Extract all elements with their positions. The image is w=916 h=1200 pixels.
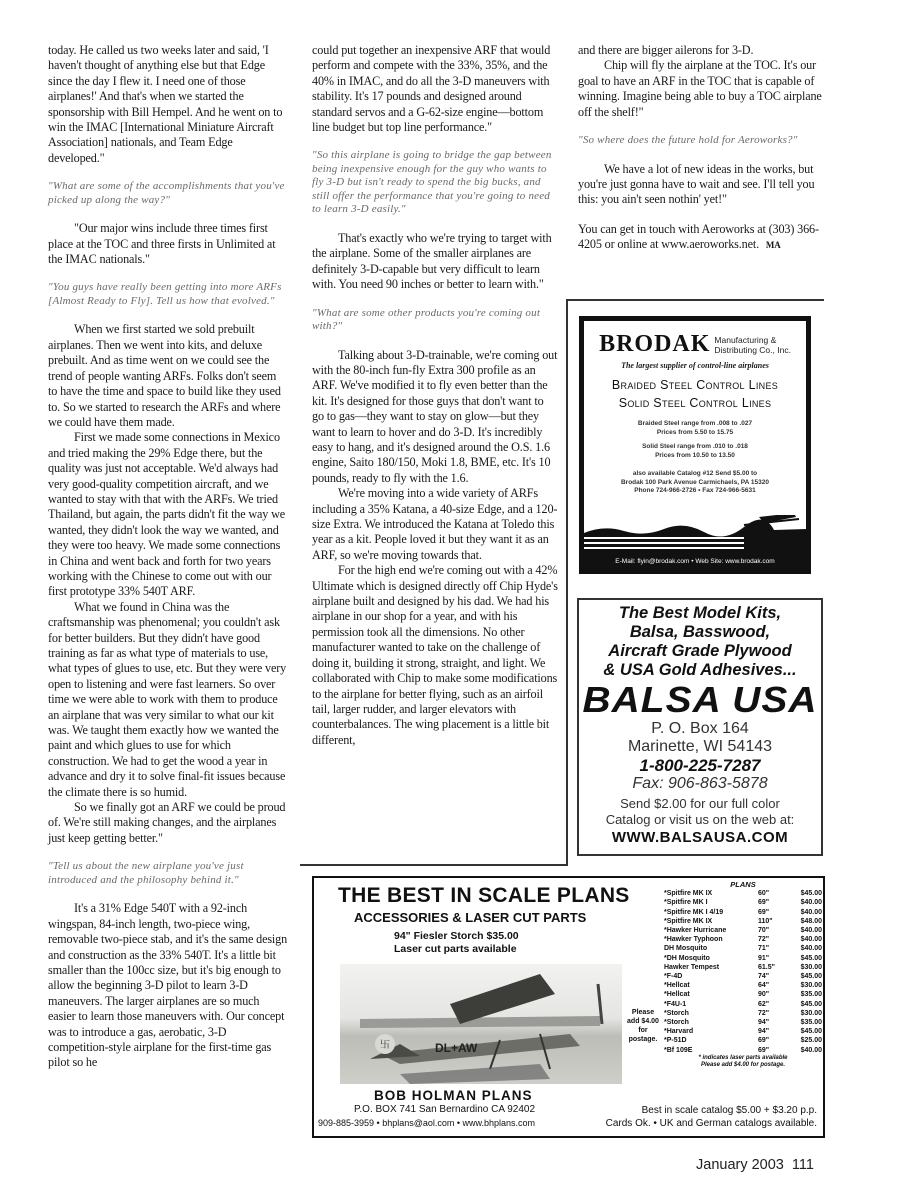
plan-price: $40.00 [788, 944, 822, 953]
plan-row: *F4U-162"$45.00 [664, 1000, 822, 1009]
plan-name: *Hawker Hurricane [664, 926, 758, 935]
brodak-braided-info: Braided Steel range from .008 to .027 Pr… [584, 420, 806, 437]
plan-price: $45.00 [788, 1027, 822, 1036]
holman-company: BOB HOLMAN PLANS [374, 1088, 533, 1103]
balsa-note: Send $2.00 for our full color Catalog or… [579, 796, 821, 828]
plan-price: $45.00 [788, 889, 822, 898]
balsa-headline: The Best Model Kits, Balsa, Basswood, Ai… [579, 604, 821, 680]
plan-name: *Storch [664, 1018, 758, 1027]
brodak-catalog-line: Phone 724-966-2726 • Fax 724-966-5631 [584, 487, 806, 496]
plan-size: 69" [758, 1046, 788, 1055]
headline-line: Aircraft Grade Plywood [579, 642, 821, 661]
divider-rule [300, 864, 568, 866]
plan-price: $40.00 [788, 935, 822, 944]
plan-row: *Spitfire MK IX60"$45.00 [664, 889, 822, 898]
plan-row: *Storch72"$30.00 [664, 1009, 822, 1018]
plan-name: DH Mosquito [664, 944, 758, 953]
plan-name: *P-51D [664, 1036, 758, 1045]
plan-price: $30.00 [788, 963, 822, 972]
plan-row: Hawker Tempest61.5"$30.00 [664, 963, 822, 972]
offer-line: 94" Fiesler Storch $35.00 [394, 930, 519, 943]
plan-price: $30.00 [788, 981, 822, 990]
plan-size: 69" [758, 898, 788, 907]
balsa-usa-advertisement: The Best Model Kits, Balsa, Basswood, Ai… [577, 598, 823, 856]
plan-size: 71" [758, 944, 788, 953]
holman-contact: 909-885-3959 • bhplans@aol.com • www.bhp… [318, 1118, 535, 1128]
interview-question: "What are some of the accomplishments th… [48, 180, 288, 207]
balsa-website: WWW.BALSAUSA.COM [579, 828, 821, 847]
plan-size: 61.5" [758, 963, 788, 972]
plan-name: *Spitfire MK IX [664, 917, 758, 926]
paragraph: Chip will fly the airplane at the TOC. I… [578, 58, 824, 120]
storch-airplane-icon: 卐 DL+AW [340, 964, 622, 1084]
headline-line: Balsa, Basswood, [579, 623, 821, 642]
plan-name: *Spitfire MK I 4/19 [664, 908, 758, 917]
divider-rule [566, 299, 824, 301]
headline-line: & USA Gold Adhesives... [579, 661, 821, 680]
paragraph: today. He called us two weeks later and … [48, 43, 288, 166]
plan-row: *Hellcat64"$30.00 [664, 981, 822, 990]
interview-question: "Tell us about the new airplane you've j… [48, 860, 288, 887]
page-number: 111 [792, 1157, 814, 1173]
interview-question: "What are some other products you're com… [312, 307, 558, 334]
brodak-catalog-info: also available Catalog #12 Send $5.00 to… [584, 470, 806, 496]
paragraph: That's exactly who we're trying to targe… [312, 231, 558, 293]
plan-price: $45.00 [788, 954, 822, 963]
article-column-1: today. He called us two weeks later and … [48, 43, 288, 1071]
brodak-price: Prices from 10.50 to 13.50 [584, 452, 806, 461]
plan-row: *F-4D74"$45.00 [664, 972, 822, 981]
contact-info: You can get in touch with Aeroworks at (… [578, 222, 824, 254]
plan-name: *Hawker Typhoon [664, 935, 758, 944]
interview-question: "So this airplane is going to bridge the… [312, 149, 558, 217]
plan-row: *Harvard94"$45.00 [664, 1027, 822, 1036]
plan-price: $40.00 [788, 898, 822, 907]
end-mark: MA [766, 240, 781, 250]
holman-subtitle: ACCESSORIES & LASER CUT PARTS [354, 910, 586, 925]
plan-size: 60" [758, 889, 788, 898]
plans-rows: *Spitfire MK IX60"$45.00*Spitfire MK I69… [664, 889, 822, 1055]
paragraph: So we finally got an ARF we could be pro… [48, 800, 288, 846]
plan-size: 74" [758, 972, 788, 981]
paragraph: Talking about 3-D-trainable, we're comin… [312, 348, 558, 487]
paragraph: What we found in China was the craftsman… [48, 600, 288, 800]
plan-price: $45.00 [788, 1000, 822, 1009]
plan-row: *DH Mosquito91"$45.00 [664, 954, 822, 963]
plan-name: *F4U-1 [664, 1000, 758, 1009]
plan-row: *Hawker Typhoon72"$40.00 [664, 935, 822, 944]
brodak-footer: E-Mail: flyin@brodak.com • Web Site: www… [584, 555, 806, 569]
plan-price: $30.00 [788, 1009, 822, 1018]
plan-row: *Spitfire MK I 4/1969"$40.00 [664, 908, 822, 917]
svg-text:DL+AW: DL+AW [435, 1041, 478, 1055]
plan-row: *Hellcat90"$35.00 [664, 990, 822, 999]
plan-name: *Spitfire MK I [664, 898, 758, 907]
plans-footnote: Please add $4.00 for postage. [664, 1062, 822, 1070]
plan-price: $40.00 [788, 926, 822, 935]
offer-line: Laser cut parts available [394, 943, 519, 956]
headline-line: The Best Model Kits, [579, 604, 821, 623]
paragraph: It's a 31% Edge 540T with a 92-inch wing… [48, 901, 288, 1070]
plan-row: *Hawker Hurricane70"$40.00 [664, 926, 822, 935]
paragraph: When we first started we sold prebuilt a… [48, 322, 288, 430]
plan-name: Hawker Tempest [664, 963, 758, 972]
catalog-line: Cards Ok. • UK and German catalogs avail… [606, 1117, 817, 1130]
plan-size: 70" [758, 926, 788, 935]
paragraph: "Our major wins include three times firs… [48, 221, 288, 267]
plan-size: 69" [758, 1036, 788, 1045]
balsa-usa-logo: BALSA USA [569, 680, 830, 720]
plans-price-list: PLANS *Spitfire MK IX60"$45.00*Spitfire … [664, 880, 822, 1070]
interview-question: "You guys have really been getting into … [48, 281, 288, 308]
brodak-tagline: The largest supplier of control-line air… [584, 361, 806, 370]
plan-size: 69" [758, 908, 788, 917]
plan-price: $25.00 [788, 1036, 822, 1045]
plan-name: *Harvard [664, 1027, 758, 1036]
page-folio: January 2003 111 [696, 1157, 814, 1173]
paragraph: We have a lot of new ideas in the works,… [578, 162, 824, 208]
plan-row: *Storch94"$35.00 [664, 1018, 822, 1027]
brodak-company-line: Distributing Co., Inc. [714, 345, 791, 355]
plan-price: $35.00 [788, 990, 822, 999]
brodak-logo: BRODAK [599, 331, 710, 358]
paragraph: For the high end we're coming out with a… [312, 563, 558, 748]
plan-price: $35.00 [788, 1018, 822, 1027]
plan-name: *Hellcat [664, 990, 758, 999]
plan-size: 62" [758, 1000, 788, 1009]
plan-row: *Spitfire MK IX110"$48.00 [664, 917, 822, 926]
brodak-solid-info: Solid Steel range from .010 to .018 Pric… [584, 443, 806, 460]
plan-size: 91" [758, 954, 788, 963]
brodak-logo-row: BRODAK Manufacturing & Distributing Co.,… [584, 331, 806, 358]
holman-postage-note: Please add $4.00 for postage. [626, 1008, 660, 1044]
brodak-company-name: Manufacturing & Distributing Co., Inc. [714, 335, 791, 355]
plan-price: $45.00 [788, 972, 822, 981]
paragraph: First we made some connections in Mexico… [48, 430, 288, 599]
holman-address: P.O. BOX 741 San Bernardino CA 92402 [354, 1104, 535, 1115]
plan-row: *Bf 109E69"$40.00 [664, 1046, 822, 1055]
interview-question: "So where does the future hold for Aerow… [578, 134, 824, 148]
balsa-phone: 1-800-225-7287 [579, 756, 821, 775]
paragraph: and there are bigger ailerons for 3-D. [578, 43, 824, 58]
plans-footnote: * indicates laser parts available [664, 1055, 822, 1063]
holman-offer: 94" Fiesler Storch $35.00 Laser cut part… [394, 930, 519, 956]
holman-plans-advertisement: THE BEST IN SCALE PLANS ACCESSORIES & LA… [312, 876, 825, 1138]
paragraph: could put together an inexpensive ARF th… [312, 43, 558, 135]
plan-name: *DH Mosquito [664, 954, 758, 963]
holman-title: THE BEST IN SCALE PLANS [338, 884, 630, 908]
brodak-product-line: Braided Steel Control Lines [584, 378, 806, 392]
note-line: Catalog or visit us on the web at: [579, 812, 821, 828]
plan-name: *Hellcat [664, 981, 758, 990]
plan-size: 64" [758, 981, 788, 990]
brodak-range: Braided Steel range from .008 to .027 [584, 420, 806, 429]
brodak-range: Solid Steel range from .010 to .018 [584, 443, 806, 452]
plan-row: DH Mosquito71"$40.00 [664, 944, 822, 953]
brodak-catalog-line: Brodak 100 Park Avenue Carmichaels, PA 1… [584, 479, 806, 488]
catalog-line: Best in scale catalog $5.00 + $3.20 p.p. [606, 1104, 817, 1117]
brodak-catalog-line: also available Catalog #12 Send $5.00 to [584, 470, 806, 479]
note-line: Send $2.00 for our full color [579, 796, 821, 812]
plan-price: $48.00 [788, 917, 822, 926]
plan-size: 72" [758, 1009, 788, 1018]
plan-row: *P-51D69"$25.00 [664, 1036, 822, 1045]
plan-size: 90" [758, 990, 788, 999]
brodak-price: Prices from 5.50 to 15.75 [584, 429, 806, 438]
plan-name: *F-4D [664, 972, 758, 981]
svg-text:卐: 卐 [380, 1039, 390, 1051]
issue-date: January 2003 [696, 1157, 784, 1173]
paragraph: We're moving into a wide variety of ARFs… [312, 486, 558, 563]
brodak-product-line: Solid Steel Control Lines [584, 396, 806, 410]
divider-rule [566, 299, 568, 865]
plans-header: PLANS [664, 880, 822, 889]
storch-airplane-photo: 卐 DL+AW [340, 964, 622, 1084]
landscape-airplane-icon [584, 515, 806, 555]
brodak-company-line: Manufacturing & [714, 335, 776, 345]
plan-size: 94" [758, 1027, 788, 1036]
plan-size: 72" [758, 935, 788, 944]
plan-price: $40.00 [788, 1046, 822, 1055]
plan-row: *Spitfire MK I69"$40.00 [664, 898, 822, 907]
plan-size: 110" [758, 917, 788, 926]
plan-size: 94" [758, 1018, 788, 1027]
plan-name: *Bf 109E [664, 1046, 758, 1055]
plan-name: *Spitfire MK IX [664, 889, 758, 898]
holman-catalog-info: Best in scale catalog $5.00 + $3.20 p.p.… [606, 1104, 817, 1130]
balsa-address-line: Marinette, WI 54143 [579, 738, 821, 756]
balsa-address-line: P. O. Box 164 [579, 720, 821, 738]
article-column-2: could put together an inexpensive ARF th… [312, 43, 558, 748]
contact-text: You can get in touch with Aeroworks at (… [578, 222, 819, 251]
article-column-3: and there are bigger ailerons for 3-D. C… [578, 43, 824, 254]
brodak-advertisement: BRODAK Manufacturing & Distributing Co.,… [579, 316, 811, 574]
plan-price: $40.00 [788, 908, 822, 917]
balsa-fax: Fax: 906-863-5878 [579, 775, 821, 793]
plan-name: *Storch [664, 1009, 758, 1018]
